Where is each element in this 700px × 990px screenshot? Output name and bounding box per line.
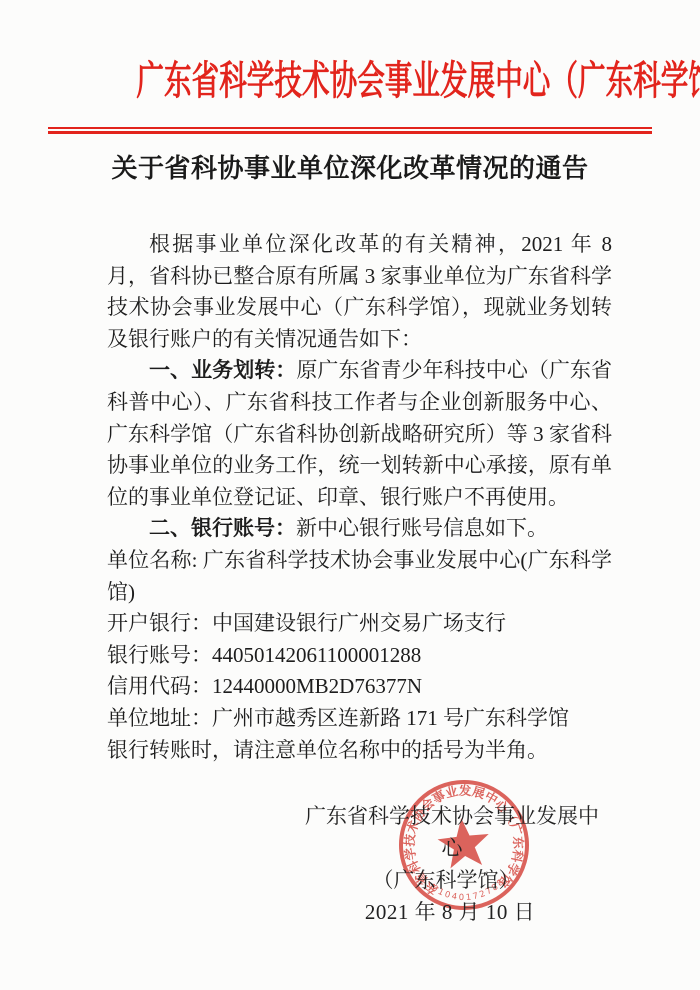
- body-run: 根据事业单位深化改革的有关精神，2021 年 8 月，省科协已整合原有所属 3 …: [107, 232, 612, 351]
- letterhead-org-name: 广东省科学技术协会事业发展中心（广东科学馆）: [136, 56, 700, 106]
- signature-org-subline: （广东科学馆）: [296, 864, 596, 896]
- body-paragraph: 单位地址：广州市越秀区连新路 171 号广东科学馆: [107, 703, 612, 735]
- body-paragraph: 根据事业单位深化改革的有关精神，2021 年 8 月，省科协已整合原有所属 3 …: [107, 229, 612, 355]
- body-run-bold: 二、银行账号：: [149, 516, 296, 540]
- body-paragraph: 一、业务划转：原广东省青少年科技中心（广东省科普中心）、广东省科技工作者与企业创…: [107, 355, 612, 513]
- notice-body: 根据事业单位深化改革的有关精神，2021 年 8 月，省科协已整合原有所属 3 …: [107, 229, 612, 766]
- body-paragraph: 二、银行账号：新中心银行账号信息如下。: [107, 513, 612, 545]
- signature-org-line: 广东省科学技术协会事业发展中心: [302, 800, 602, 864]
- body-paragraph: 信用代码：12440000MB2D76377N: [107, 671, 612, 703]
- body-run: 银行账号：44050142061100001288: [107, 643, 421, 667]
- body-run: 单位名称: 广东省科学技术协会事业发展中心(广东科学馆): [107, 548, 612, 604]
- body-run: 单位地址：广州市越秀区连新路 171 号广东科学馆: [107, 706, 569, 730]
- scanned-notice-page: 广东省科学技术协会事业发展中心（广东科学馆） 关于省科协事业单位深化改革情况的通…: [0, 0, 700, 990]
- letterhead: 广东省科学技术协会事业发展中心（广东科学馆）: [0, 56, 700, 106]
- body-run: 新中心银行账号信息如下。: [296, 516, 548, 540]
- body-run: 信用代码：12440000MB2D76377N: [107, 674, 422, 698]
- body-run: 开户银行：中国建设银行广州交易广场支行: [107, 611, 506, 635]
- body-run-bold: 一、业务划转：: [149, 358, 296, 382]
- body-paragraph: 单位名称: 广东省科学技术协会事业发展中心(广东科学馆): [107, 545, 612, 608]
- body-paragraph: 开户银行：中国建设银行广州交易广场支行: [107, 608, 612, 640]
- body-paragraph: 银行账号：44050142061100001288: [107, 640, 612, 672]
- signature-date: 2021 年 8 月 10 日: [300, 896, 600, 928]
- signature-block: 广东省科学技术协会事业发展中心 （广东科学馆） 2021 年 8 月 10 日: [302, 800, 602, 928]
- letterhead-divider-rule: [48, 127, 652, 134]
- notice-title: 关于省科协事业单位深化改革情况的通告: [0, 148, 700, 185]
